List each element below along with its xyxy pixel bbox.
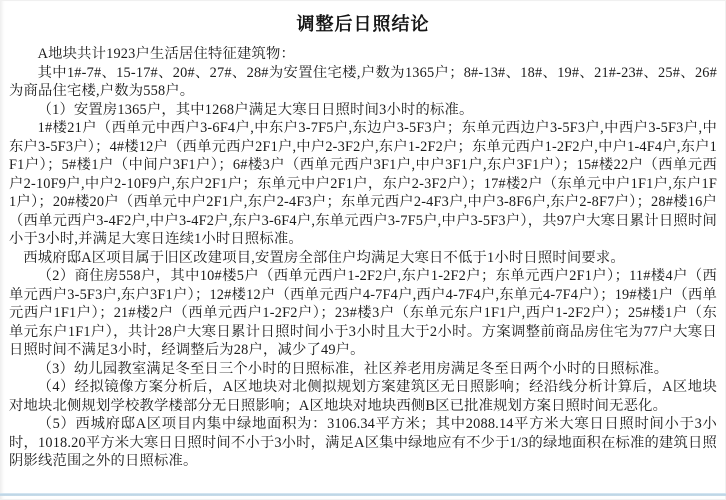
- item-3-paragraph: （3）幼儿园教室满足冬至日三个小时的日照标准，社区养老用房满足冬至日两个小时的日…: [9, 360, 717, 379]
- screenshot-root: { "doc": { "title": "调整后日照结论", "paragrap…: [0, 0, 726, 500]
- item-1-paragraph: （1）安置房1365户，其中1268户满足大寒日日照时间3小时的标准。: [9, 101, 717, 120]
- intro-paragraph: A地块共计1923户生活居住特征建筑物：: [9, 45, 717, 64]
- item-5-paragraph: （5）西城府邸A区项目内集中绿地面积为：3106.34平方米；其中2088.14…: [9, 415, 717, 471]
- document-page: 调整后日照结论 A地块共计1923户生活居住特征建筑物： 其中1#-7#、15-…: [0, 0, 726, 500]
- document-body: A地块共计1923户生活居住特征建筑物： 其中1#-7#、15-17#、20#、…: [9, 45, 717, 471]
- bottom-divider: [0, 493, 726, 496]
- item-4-paragraph: （4）经拟镜像方案分析后，A区地块对北侧拟规划方案建筑区无日照影响；经沿线分析计…: [9, 378, 717, 415]
- old-district-note-paragraph: 西城府邸A区项目属于旧区改建项目,安置房全部住户均满足大寒日不低于1小时日照时间…: [9, 249, 717, 268]
- unit-summary-paragraph: 其中1#-7#、15-17#、20#、27#、28#为安置住宅楼,户数为1365…: [9, 64, 717, 101]
- document-title: 调整后日照结论: [9, 12, 717, 36]
- item-2-paragraph: （2）商住房558户，其中10#楼5户（西单元西户1-2F2户,东户1-2F2户…: [9, 267, 717, 360]
- item-1-detail-paragraph: 1#楼21户（西单元中西户3-6F4户,中东户3-7F5户,东边户3-5F3户；…: [9, 119, 717, 249]
